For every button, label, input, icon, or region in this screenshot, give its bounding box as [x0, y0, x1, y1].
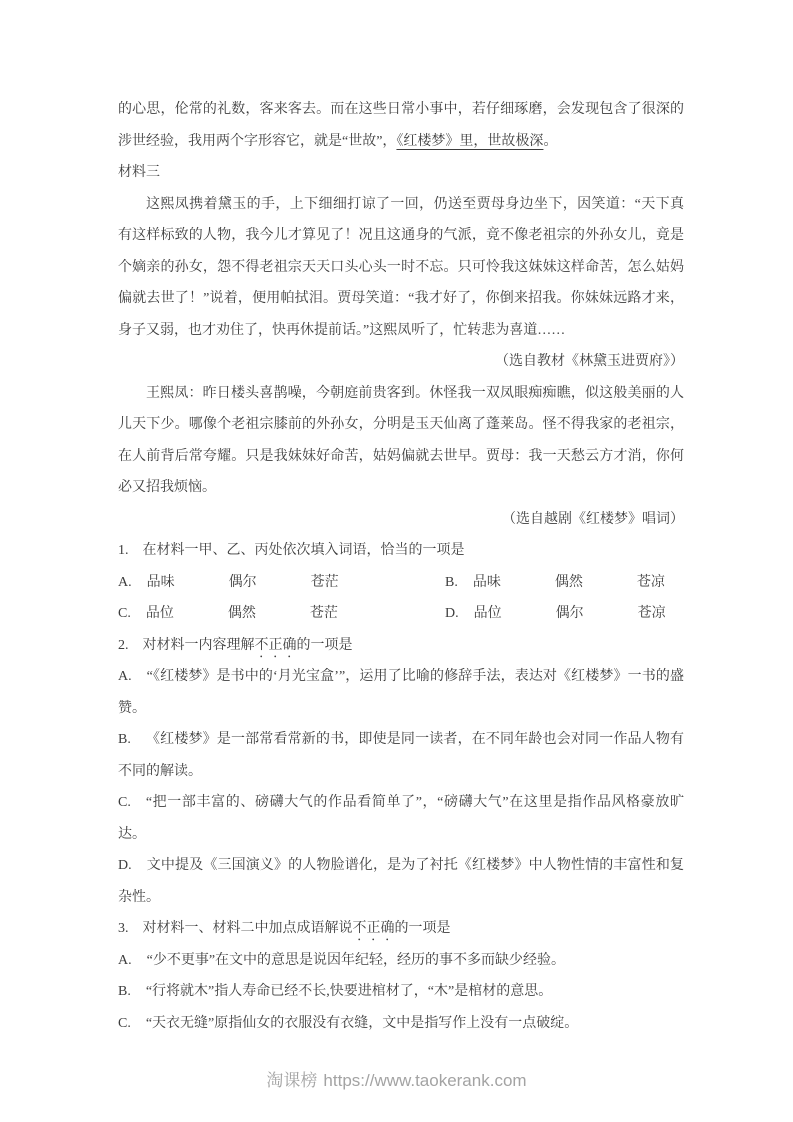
footer-watermark: 淘课榜https://www.taokerank.com: [0, 1066, 793, 1091]
question-2-text-pre: 对材料一内容理解: [143, 638, 255, 653]
question-2-number: 2.: [118, 638, 129, 653]
option-word: 偶尔: [556, 606, 584, 621]
question-1-option-b: B.品味偶然苍凉: [445, 567, 684, 599]
option-label: A.: [118, 953, 132, 968]
question-2-stem: 2.对材料一内容理解不正确的一项是: [118, 630, 684, 662]
option-label: C.: [118, 606, 131, 621]
question-1-option-c: C.品位偶然苍茫: [118, 598, 445, 630]
option-text: “天衣无缝”原指仙女的衣服没有衣缝，文中是指写作上没有一点破绽。: [146, 1016, 578, 1031]
material-three-heading: 材料三: [118, 157, 684, 189]
option-text: “《红楼梦》是书中的‘月光宝盒’”，运用了比喻的修辞手法，表达对《红楼梦》一书的…: [118, 669, 684, 716]
intro-underlined-text: 《红楼梦》里，世故极深: [396, 134, 543, 149]
source-line-opera: （选自越剧《红楼梦》唱词）: [118, 504, 684, 536]
option-text: 《红楼梦》是一部常看常新的书，即使是同一读者，在不同年龄也会对同一作品人物有不同…: [118, 732, 684, 779]
question-3-text-pre: 对材料一、材料二中加点成语解说: [143, 921, 353, 936]
question-1-options: A.品味偶尔苍茫 B.品味偶然苍凉 C.品位偶然苍茫 D.品位偶尔苍凉: [118, 567, 684, 630]
source-line-textbook: （选自教材《林黛玉进贾府》）: [118, 346, 684, 378]
option-label: A.: [118, 669, 132, 684]
question-3-emphasized-text: 不正确: [353, 921, 395, 936]
option-word: 品位: [474, 606, 502, 621]
footer-site-name: 淘课榜: [266, 1071, 317, 1090]
option-word: 偶然: [555, 575, 583, 590]
intro-period: 。: [543, 134, 557, 149]
question-2-option-b: B.《红楼梦》是一部常看常新的书，即使是同一读者，在不同年龄也会对同一作品人物有…: [118, 724, 684, 787]
option-label: D.: [445, 606, 459, 621]
option-label: A.: [118, 575, 132, 590]
option-label: C.: [118, 1016, 131, 1031]
question-2-emphasized-text: 不正确: [255, 638, 297, 653]
option-word: 苍凉: [637, 575, 665, 590]
option-text: “少不更事”在文中的意思是说因年纪轻，经历的事不多而缺少经验。: [147, 953, 565, 968]
question-1-stem: 1.在材料一甲、乙、丙处依次填入词语，恰当的一项是: [118, 535, 684, 567]
option-word: 品味: [147, 575, 175, 590]
option-label: C.: [118, 795, 131, 810]
option-word: 品味: [473, 575, 501, 590]
paragraph-intro: 的心思，伦常的礼数，客来客去。而在这些日常小事中，若仔细琢磨，会发现包含了很深的…: [118, 94, 684, 157]
option-label: B.: [445, 575, 458, 590]
question-1-option-d: D.品位偶尔苍凉: [445, 598, 684, 630]
question-1-option-a: A.品味偶尔苍茫: [118, 567, 445, 599]
option-label: D.: [118, 858, 132, 873]
option-word: 苍凉: [638, 606, 666, 621]
option-label: B.: [118, 984, 131, 999]
document-content: 的心思，伦常的礼数，客来客去。而在这些日常小事中，若仔细琢磨，会发现包含了很深的…: [118, 94, 684, 1039]
option-word: 苍茫: [310, 606, 338, 621]
question-1-text: 在材料一甲、乙、丙处依次填入词语，恰当的一项是: [143, 543, 465, 558]
option-text: 文中提及《三国演义》的人物脸谱化，是为了衬托《红楼梦》中人物性情的丰富性和复杂性…: [118, 858, 684, 905]
option-text: “行将就木”指人寿命已经不长,快要进棺材了，“木”是棺材的意思。: [146, 984, 552, 999]
footer-url: https://www.taokerank.com: [323, 1071, 526, 1090]
option-word: 偶然: [228, 606, 256, 621]
question-2-option-a: A.“《红楼梦》是书中的‘月光宝盒’”，运用了比喻的修辞手法，表达对《红楼梦》一…: [118, 661, 684, 724]
question-3-option-b: B.“行将就木”指人寿命已经不长,快要进棺材了，“木”是棺材的意思。: [118, 976, 684, 1008]
question-3-option-c: C.“天衣无缝”原指仙女的衣服没有衣缝，文中是指写作上没有一点破绽。: [118, 1008, 684, 1040]
question-3-stem: 3.对材料一、材料二中加点成语解说不正确的一项是: [118, 913, 684, 945]
option-word: 苍茫: [311, 575, 339, 590]
option-word: 偶尔: [229, 575, 257, 590]
question-2-option-c: C.“把一部丰富的、磅礴大气的作品看简单了”，“磅礴大气”在这里是指作品风格豪放…: [118, 787, 684, 850]
option-label: B.: [118, 732, 131, 747]
option-text: “把一部丰富的、磅礴大气的作品看简单了”，“磅礴大气”在这里是指作品风格豪放旷达…: [118, 795, 684, 842]
question-2-option-d: D.文中提及《三国演义》的人物脸谱化，是为了衬托《红楼梦》中人物性情的丰富性和复…: [118, 850, 684, 913]
question-3-text-post: 的一项是: [395, 921, 451, 936]
question-3-option-a: A.“少不更事”在文中的意思是说因年纪轻，经历的事不多而缺少经验。: [118, 945, 684, 977]
question-1-number: 1.: [118, 543, 129, 558]
document-page: 的心思，伦常的礼数，客来客去。而在这些日常小事中，若仔细琢磨，会发现包含了很深的…: [0, 0, 793, 1122]
paragraph-opera-lyrics: 王熙凤：昨日楼头喜鹊噪，今朝庭前贵客到。休怪我一双凤眼痴痴瞧，似这般美丽的人儿天…: [118, 378, 684, 504]
paragraph-material-three: 这熙凤携着黛玉的手，上下细细打谅了一回，仍送至贾母身边坐下，因笑道：“天下真有这…: [118, 189, 684, 347]
question-2-text-post: 的一项是: [297, 638, 353, 653]
question-3-number: 3.: [118, 921, 129, 936]
option-word: 品位: [146, 606, 174, 621]
